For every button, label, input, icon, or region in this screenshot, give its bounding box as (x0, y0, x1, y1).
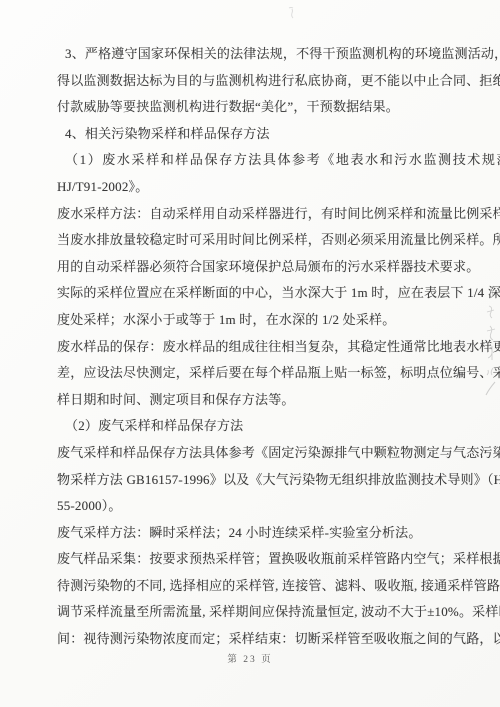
text-line: 废水采样方法：自动采样用自动采样器进行，有时间比例采样和流量比例采样。 (57, 201, 470, 228)
handwriting-scribble-icon (482, 288, 500, 398)
text-line: （1）废水采样和样品保存方法具体参考《地表水和污水监测技术规范 (57, 147, 470, 174)
text-line: 废气采样方法：瞬时采样法；24 小时连续采样-实验室分析法。 (57, 520, 470, 547)
text-line: 调节采样流量至所需流量, 采样期间应保持流量恒定, 波动不大于±10%。采样时 (57, 599, 470, 626)
pencil-smudge-icon (286, 6, 300, 22)
text-line: 废气采样和样品保存方法具体参考《固定污染源排气中颗粒物测定与气态污染 (57, 440, 470, 467)
text-line: 废气样品采集：按要求预热采样管；置换吸收瓶前采样管路内空气；采样根据 (57, 546, 470, 573)
text-line: （2）废气采样和样品保存方法 (57, 413, 470, 440)
text-line: 用的自动采样器必须符合国家环境保护总局颁布的污水采样器技术要求。 (57, 254, 470, 281)
page-number: 第 23 页 (0, 651, 500, 665)
scanned-document-page: 3、严格遵守国家环保相关的法律法规，不得干预监测机构的环境监测活动，不 得以监测… (0, 0, 500, 707)
text-line: 废水样品的保存：废水样品的组成往往相当复杂，其稳定性通常比地表水样更 (57, 334, 470, 361)
text-line: 差，应设法尽快测定，采样后要在每个样品瓶上贴一标签，标明点位编号、采 (57, 360, 470, 387)
document-body: 3、严格遵守国家环保相关的法律法规，不得干预监测机构的环境监测活动，不 得以监测… (57, 41, 470, 653)
text-line: 度处采样；水深小于或等于 1m 时，在水深的 1/2 处采样。 (57, 307, 470, 334)
text-line: 得以监测数据达标为目的与监测机构进行私底协商，更不能以中止合同、拒绝 (57, 68, 470, 95)
text-line: 间：视待测污染物浓度而定；采样结束：切断采样管至吸收瓶之间的气路，以 (57, 626, 470, 653)
text-line: 3、严格遵守国家环保相关的法律法规，不得干预监测机构的环境监测活动，不 (57, 41, 470, 68)
text-line: 待测污染物的不同, 选择相应的采样管, 连接管、滤料、吸收瓶, 接通采样管路, (57, 573, 470, 600)
text-line: 4、相关污染物采样和样品保存方法 (57, 121, 470, 148)
text-line: 55-2000）。 (57, 493, 470, 520)
text-line: 付款威胁等要挟监测机构进行数据“美化”，干预数据结果。 (57, 94, 470, 121)
text-line: 样日期和时间、测定项目和保存方法等。 (57, 387, 470, 414)
text-line: HJ/T91-2002》。 (57, 174, 470, 201)
text-line: 实际的采样位置应在采样断面的中心，当水深大于 1m 时，应在表层下 1/4 深 (57, 280, 470, 307)
text-line: 当废水排放量较稳定时可采用时间比例采样，否则必须采用流量比例采样。所 (57, 227, 470, 254)
text-line: 物采样方法 GB16157-1996》以及《大气污染物无组织排放监测技术导则》（… (57, 467, 470, 494)
